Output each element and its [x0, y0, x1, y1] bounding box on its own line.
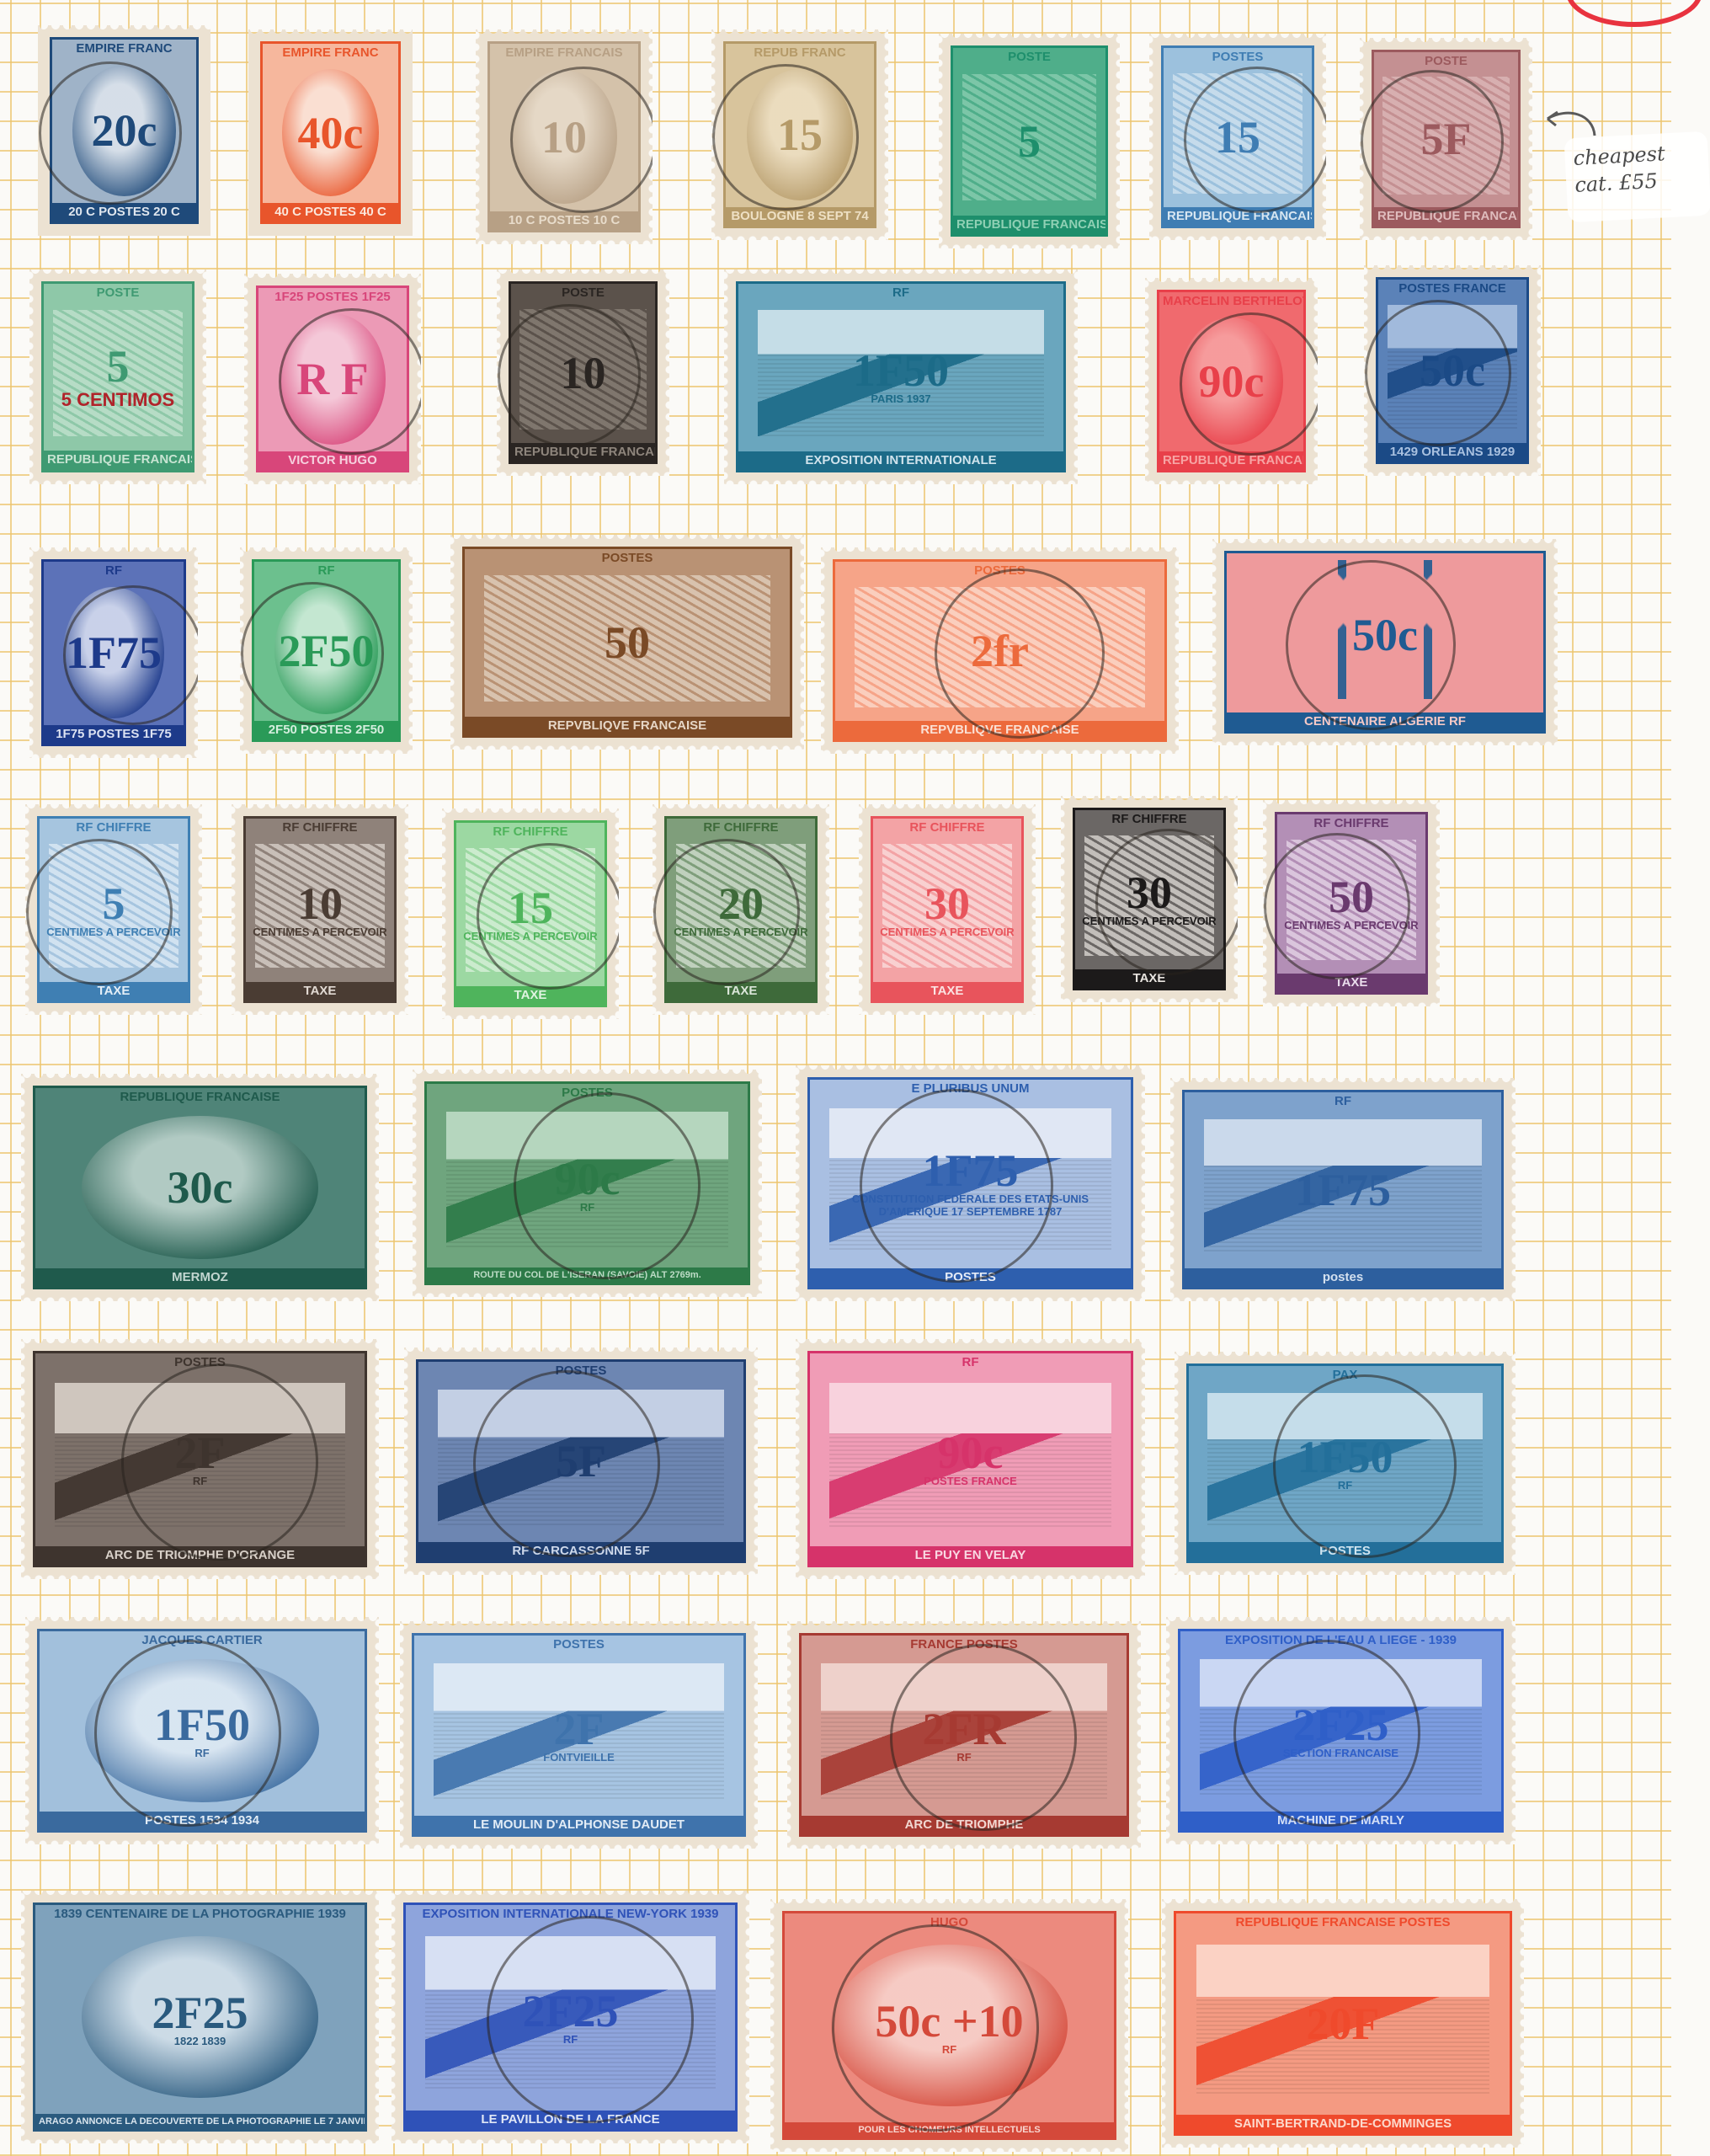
stamp-bottom-inscription: TAXE	[1075, 969, 1223, 989]
stamp: HUGO50c +10RFPOUR LES CHOMEURS INTELLECT…	[770, 1899, 1128, 2152]
stamp-design: POSTES2FRFARC DE TRIOMPHE D'ORANGE	[33, 1351, 367, 1567]
note-line-2: cat. £55	[1574, 165, 1702, 199]
stamp-denomination: 10	[561, 350, 606, 396]
stamp-design: RF1F50PARIS 1937EXPOSITION INTERNATIONAL…	[736, 281, 1066, 472]
stamp-top-inscription: POSTES FRANCE	[1378, 280, 1526, 299]
stamp: RF1F751F75 POSTES 1F75	[29, 547, 198, 758]
stamp-center: 15	[777, 112, 823, 157]
stamp-bottom-inscription: 10 C POSTES 10 C	[490, 211, 638, 231]
stamp-center: 20c	[92, 108, 157, 153]
stamp-center: 50	[605, 620, 650, 665]
stamp-design: EXPOSITION INTERNATIONALE NEW-YORK 19392…	[403, 1903, 738, 2132]
stamp-top-inscription: RF	[254, 562, 398, 581]
stamp-denomination: 50c	[1420, 348, 1485, 393]
stamp: POSTES2frREPVBLIQVE FRANCAISE	[821, 547, 1179, 754]
stamp-denomination: 15	[1215, 115, 1260, 160]
stamp-denomination: 2fr	[971, 628, 1029, 674]
stamp-center: 90cRF	[555, 1156, 621, 1214]
stamp: RF90cPOSTES FRANCELE PUY EN VELAY	[796, 1339, 1145, 1579]
stamp: EXPOSITION DE L'EAU A LIEGE - 19392F25SE…	[1166, 1617, 1516, 1844]
stamp-design: POSTES5FRF CARCASSONNE 5F	[416, 1359, 746, 1563]
stamp-design: MARCELIN BERTHELOT90cREPUBLIQUE FRANCAIS…	[1157, 290, 1306, 472]
stamp-bottom-inscription: 20 C POSTES 20 C	[52, 203, 196, 222]
stamp-bottom-inscription: MACHINE DE MARLY	[1180, 1812, 1501, 1831]
stamp-bottom-inscription: EXPOSITION INTERNATIONALE	[738, 451, 1063, 471]
stamp-overprint: 5 CENTIMOS	[61, 389, 174, 410]
stamp-denomination: 30	[924, 881, 970, 926]
stamp-denomination: 30c	[168, 1165, 233, 1210]
stamp-design: REPUBLIQUE FRANCAISE POSTES20FSAINT-BERT…	[1174, 1911, 1512, 2136]
stamp-design: POSTES FRANCE50c1429 ORLEANS 1929	[1376, 277, 1529, 464]
stamp: RF1F50PARIS 1937EXPOSITION INTERNATIONAL…	[724, 269, 1078, 484]
stamp-center: 15	[1215, 115, 1260, 160]
stamp-design: POSTES90cRFROUTE DU COL DE L'ISERAN (SAV…	[424, 1081, 750, 1285]
stamp-bottom-inscription: REPUBLIQUE FRANCAISE	[1374, 207, 1518, 227]
stamp-top-inscription: RF CHIFFRE	[40, 819, 188, 838]
stamp-bottom-inscription: MERMOZ	[35, 1268, 365, 1288]
stamp: EMPIRE FRANC20c20 C POSTES 20 C	[38, 25, 210, 236]
stamp-design: POSTE10REPUBLIQUE FRANCAISE	[509, 281, 658, 464]
stamp-top-inscription: POSTE	[953, 48, 1105, 67]
stamp-design: EMPIRE FRANC40c40 C POSTES 40 C	[260, 41, 401, 224]
stamp-top-inscription: RF CHIFFRE	[1075, 810, 1223, 830]
stamp-bottom-inscription: LE MOULIN D'ALPHONSE DAUDET	[414, 1816, 743, 1835]
stamp-denomination: 2F50	[279, 628, 375, 674]
stamp-denomination: 2F25	[1292, 1702, 1388, 1748]
stamp-bottom-inscription: BOULOGNE 8 SEPT 74	[726, 207, 874, 227]
stamp-design: EMPIRE FRANCAIS1010 C POSTES 10 C	[487, 41, 641, 232]
stamp-center: 1F75	[66, 630, 162, 675]
stamp: REPUBLIQUE FRANCAISE POSTES20FSAINT-BERT…	[1162, 1899, 1524, 2148]
stamp-center: 2F25SECTION FRANCAISE	[1283, 1702, 1398, 1760]
stamp: E PLURIBUS UNUM1F75CONSTITUTION FEDERALE…	[796, 1065, 1145, 1301]
stamp-center: 30c	[168, 1165, 233, 1210]
stamp: REPUB FRANC15BOULOGNE 8 SEPT 74	[711, 29, 888, 240]
stamp-center: 5F	[1421, 116, 1472, 162]
stamp-bottom-inscription: LE PAVILLON DE LA FRANCE	[406, 2111, 735, 2130]
stamp-design: REPUB FRANC15BOULOGNE 8 SEPT 74	[723, 41, 876, 228]
stamp-bottom-inscription: 1F75 POSTES 1F75	[44, 725, 184, 744]
stamp: POSTES5FRF CARCASSONNE 5F	[404, 1347, 758, 1575]
stamp: RF CHIFFRE5CENTIMES A PERCEVOIRTAXE	[25, 804, 202, 1015]
stamp-bottom-inscription: REPUBLIQUE FRANCAISE	[44, 451, 192, 470]
stamp-design: RF CHIFFRE50CENTIMES A PERCEVOIRTAXE	[1275, 812, 1428, 995]
stamp: POSTES15REPUBLIQUE FRANCAISE	[1149, 34, 1326, 240]
stamp-denomination: 5	[102, 881, 125, 926]
stamp-center: 40c	[298, 110, 364, 156]
stamp: POSTES50REPVBLIQVE FRANCAISE	[450, 535, 804, 750]
stamp-top-inscription: POSTES	[35, 1353, 365, 1373]
stamp-design: RF2F502F50 POSTES 2F50	[252, 559, 401, 742]
stamp: 1F25 POSTES 1F25R FVICTOR HUGO	[244, 274, 421, 484]
stamp-bottom-inscription: POSTES	[810, 1268, 1131, 1288]
stamp-design: RF CHIFFRE5CENTIMES A PERCEVOIRTAXE	[37, 816, 190, 1003]
stamp-center: 1F50RF	[1297, 1434, 1393, 1492]
stamp-top-inscription: EMPIRE FRANCAIS	[490, 44, 638, 63]
stamp-design: POSTES2FFONTVIEILLELE MOULIN D'ALPHONSE …	[412, 1633, 746, 1837]
stamp-top-inscription: EXPOSITION DE L'EAU A LIEGE - 1939	[1180, 1631, 1501, 1651]
stamp-denomination: 1F50	[853, 348, 949, 393]
stamp-denomination: 15	[777, 112, 823, 157]
stamp-top-inscription: RF CHIFFRE	[456, 823, 605, 842]
stamp-top-inscription: POSTE	[44, 284, 192, 303]
stamp-denomination: 1F50	[154, 1702, 250, 1748]
stamp-center: 55 CENTIMOS	[61, 344, 174, 410]
stamp-top-inscription: MARCELIN BERTHELOT	[1159, 292, 1303, 312]
stamp: RF2F502F50 POSTES 2F50	[240, 547, 413, 754]
stamp: RF CHIFFRE30CENTIMES A PERCEVOIRTAXE	[1061, 796, 1238, 1002]
stamp-center: 50CENTIMES A PERCEVOIR	[1284, 874, 1418, 932]
stamp-center: 2FFONTVIEILLE	[543, 1706, 615, 1764]
stamp-denomination: 90c	[938, 1430, 1004, 1476]
stamp-denomination: 1F75	[1295, 1167, 1391, 1213]
stamp-bottom-inscription: POSTES	[1189, 1542, 1501, 1561]
stamp-bottom-inscription: TAXE	[667, 982, 815, 1001]
stamp: RF CHIFFRE10CENTIMES A PERCEVOIRTAXE	[232, 804, 408, 1015]
stamp-center: 2F251822 1839	[152, 1990, 248, 2048]
stamp-top-inscription: POSTES	[835, 562, 1164, 581]
stamp-top-inscription: POSTE	[1374, 52, 1518, 72]
stamp-center: 2F25RF	[523, 1988, 619, 2047]
stamp-center: 15CENTIMES A PERCEVOIR	[463, 885, 597, 943]
stamp-denomination: 20F	[1307, 2001, 1380, 2047]
stamp-bottom-inscription: TAXE	[1277, 974, 1425, 993]
stamp-design: POSTES2frREPVBLIQVE FRANCAISE	[833, 559, 1167, 742]
stamp-bottom-inscription: ROUTE DU COL DE L'ISERAN (SAVOIE) ALT 27…	[427, 1267, 748, 1283]
stamp-top-inscription: REPUBLIQUE FRANCAISE POSTES	[1176, 1913, 1510, 1933]
stamp-bottom-inscription: LE PUY EN VELAY	[810, 1546, 1131, 1566]
stamp: JACQUES CARTIER1F50RFPOSTES 1534 1934	[25, 1617, 379, 1844]
pencil-note: cheapest cat. £55	[1564, 131, 1710, 223]
stamp-top-inscription: POSTES	[418, 1362, 743, 1381]
stamp-design: REPUBLIQUE FRANCAISE30cMERMOZ	[33, 1086, 367, 1289]
stamp-denomination: 40c	[298, 110, 364, 156]
stamp-bottom-inscription: REPVBLIQVE FRANCAISE	[835, 721, 1164, 740]
stamp-denomination: 90c	[1199, 359, 1265, 404]
stamp-top-inscription: POSTES	[1164, 48, 1312, 67]
stamp-top-inscription: RF	[1185, 1092, 1501, 1112]
stamp-denomination: 30	[1127, 870, 1172, 915]
stamp-design: RF CHIFFRE30CENTIMES A PERCEVOIRTAXE	[871, 816, 1024, 1003]
stamp-design: POSTES15REPUBLIQUE FRANCAISE	[1161, 45, 1314, 228]
stamp-design: POSTE5REPUBLIQUE FRANCAISE	[951, 45, 1108, 237]
stamp: 50cCENTENAIRE ALGERIE RF	[1212, 539, 1558, 745]
stamp-center: 50c	[1352, 612, 1418, 658]
stamp-design: E PLURIBUS UNUM1F75CONSTITUTION FEDERALE…	[807, 1077, 1133, 1289]
stamp-bottom-inscription: TAXE	[246, 982, 394, 1001]
stamp-center: 20CENTIMES A PERCEVOIR	[674, 881, 807, 939]
stamp-top-inscription: RF CHIFFRE	[667, 819, 815, 838]
stamp-denomination: 10	[541, 115, 587, 160]
stamp-bottom-inscription: POUR LES CHOMEURS INTELLECTUELS	[785, 2122, 1114, 2137]
stamp-bottom-inscription: POSTES 1534 1934	[40, 1812, 365, 1831]
stamp-bottom-inscription: 2F50 POSTES 2F50	[254, 721, 398, 740]
stamp-bottom-inscription: RF CARCASSONNE 5F	[418, 1542, 743, 1561]
stamp-denomination: 50	[605, 620, 650, 665]
stamp-bottom-inscription: REPUBLIQUE FRANCAISE	[1159, 451, 1303, 471]
stamp: PAX1F50RFPOSTES	[1175, 1352, 1516, 1575]
stamp-denomination: 5	[107, 344, 130, 389]
stamp-denomination: 50c	[1352, 612, 1418, 658]
stamp-denomination: 15	[508, 885, 553, 931]
stamp-design: RF CHIFFRE10CENTIMES A PERCEVOIRTAXE	[243, 816, 397, 1003]
stamp-top-inscription: 1F25 POSTES 1F25	[258, 288, 407, 307]
stamp-center: 1F75	[1295, 1167, 1391, 1213]
stamp-top-inscription: RF CHIFFRE	[246, 819, 394, 838]
stamp-bottom-inscription: ARC DE TRIOMPHE D'ORANGE	[35, 1546, 365, 1566]
stamp-denomination: 1F75	[923, 1148, 1019, 1193]
stamp-center: 1F50RF	[154, 1702, 250, 1760]
stamp: RF CHIFFRE50CENTIMES A PERCEVOIRTAXE	[1263, 800, 1440, 1006]
stamp-top-inscription: EXPOSITION INTERNATIONALE NEW-YORK 1939	[406, 1905, 735, 1924]
stamp-design: RF90cPOSTES FRANCELE PUY EN VELAY	[807, 1351, 1133, 1567]
stamp-bottom-inscription: 40 C POSTES 40 C	[263, 203, 398, 222]
stamp: EMPIRE FRANCAIS1010 C POSTES 10 C	[476, 29, 653, 244]
stamp-design: POSTE5FREPUBLIQUE FRANCAISE	[1372, 50, 1521, 228]
stamp-center: 50c	[1420, 348, 1485, 393]
stamp-center: 30CENTIMES A PERCEVOIR	[880, 881, 1014, 939]
stamp-denomination: 2F25	[152, 1990, 248, 2036]
stamp-bottom-inscription: REPUBLIQUE FRANCAISE	[1164, 207, 1312, 227]
stamp-center: R F	[296, 356, 368, 402]
stamp-bottom-inscription: REPUBLIQUE FRANCAISE	[511, 443, 655, 462]
stamp-design: RF CHIFFRE30CENTIMES A PERCEVOIRTAXE	[1073, 808, 1226, 990]
stamp-denomination: 20	[718, 881, 764, 926]
stamp: POSTES FRANCE50c1429 ORLEANS 1929	[1364, 265, 1541, 476]
stamp: POSTE5REPUBLIQUE FRANCAISE	[939, 34, 1120, 248]
stamp: POSTE5FREPUBLIQUE FRANCAISE	[1360, 38, 1532, 240]
stamp-top-inscription: PAX	[1189, 1366, 1501, 1385]
stamp-design: FRANCE POSTES2FRRFARC DE TRIOMPHE	[799, 1633, 1129, 1837]
stamp-denomination: 2F	[175, 1430, 226, 1476]
stamp: MARCELIN BERTHELOT90cREPUBLIQUE FRANCAIS…	[1145, 278, 1318, 484]
stamp-center: 1F75CONSTITUTION FEDERALE DES ETATS-UNIS…	[817, 1148, 1124, 1219]
stamp-bottom-inscription: TAXE	[873, 982, 1021, 1001]
stamp: RF1F75postes	[1170, 1078, 1516, 1301]
stamp-top-inscription: E PLURIBUS UNUM	[810, 1080, 1131, 1099]
stamp: 1839 CENTENAIRE DE LA PHOTOGRAPHIE 19392…	[21, 1891, 379, 2143]
stamp-design: RF1F751F75 POSTES 1F75	[41, 559, 186, 746]
stamp-denomination: 1F50	[1297, 1434, 1393, 1480]
stamp-top-inscription: EMPIRE FRANC	[263, 44, 398, 63]
stamp-denomination: 5F	[556, 1438, 606, 1484]
stamp-denomination: 2F	[554, 1706, 605, 1752]
stamp: EMPIRE FRANC40c40 C POSTES 40 C	[248, 29, 413, 236]
stamp: POSTES90cRFROUTE DU COL DE L'ISERAN (SAV…	[413, 1070, 762, 1297]
stamp-top-inscription: HUGO	[785, 1913, 1114, 1933]
stamp-top-inscription: RF	[738, 284, 1063, 303]
stamp: RF CHIFFRE20CENTIMES A PERCEVOIRTAXE	[653, 804, 829, 1015]
album-page: EMPIRE FRANC20c20 C POSTES 20 CEMPIRE FR…	[0, 0, 1710, 2156]
stamp: FRANCE POSTES2FRRFARC DE TRIOMPHE	[787, 1621, 1141, 1849]
stamp: RF CHIFFRE30CENTIMES A PERCEVOIRTAXE	[859, 804, 1036, 1015]
stamp-center: 50c +10RF	[875, 1999, 1023, 2057]
stamp: POSTES2FRFARC DE TRIOMPHE D'ORANGE	[21, 1339, 379, 1579]
stamp-denomination: 10	[297, 881, 343, 926]
stamp-center: 2FRRF	[923, 1706, 1006, 1764]
stamp-denomination: 50c +10	[875, 1999, 1023, 2044]
stamp: RF CHIFFRE15CENTIMES A PERCEVOIRTAXE	[442, 808, 619, 1019]
stamp-bottom-inscription: TAXE	[40, 982, 188, 1001]
stamp-center: 2FRF	[175, 1430, 226, 1488]
stamp-design: 1839 CENTENAIRE DE LA PHOTOGRAPHIE 19392…	[33, 1903, 367, 2132]
stamp-center: 30CENTIMES A PERCEVOIR	[1082, 870, 1216, 928]
stamp-bottom-inscription: TAXE	[456, 986, 605, 1006]
stamp-bottom-inscription: 1429 ORLEANS 1929	[1378, 443, 1526, 462]
stamp-top-inscription: RF CHIFFRE	[873, 819, 1021, 838]
stamp-bottom-inscription: SAINT-BERTRAND-DE-COMMINGES	[1176, 2115, 1510, 2134]
stamp-design: PAX1F50RFPOSTES	[1186, 1364, 1504, 1563]
stamp-top-inscription: FRANCE POSTES	[802, 1636, 1127, 1655]
stamp-bottom-inscription: ARAGO ANNONCE LA DECOUVERTE DE LA PHOTOG…	[35, 2114, 365, 2129]
stamp-bottom-inscription: REPUBLIQUE FRANCAISE	[953, 216, 1105, 235]
stamp-denomination: 2F25	[523, 1988, 619, 2034]
stamp-denomination: 50	[1329, 874, 1374, 920]
stamp-top-inscription: POSTE	[511, 284, 655, 303]
stamp-bottom-inscription: CENTENAIRE ALGERIE RF	[1227, 712, 1543, 732]
stamp-design: 1F25 POSTES 1F25R FVICTOR HUGO	[256, 286, 409, 472]
stamp-design: POSTES50REPVBLIQVE FRANCAISE	[462, 547, 792, 738]
stamp-design: RF CHIFFRE20CENTIMES A PERCEVOIRTAXE	[664, 816, 818, 1003]
stamp-bottom-inscription: postes	[1185, 1268, 1501, 1288]
stamp-center: 90cPOSTES FRANCE	[924, 1430, 1017, 1488]
stamp-top-inscription: REPUB FRANC	[726, 44, 874, 63]
stamp-center: 10	[541, 115, 587, 160]
stamp-center: 2F50	[279, 628, 375, 674]
stamp-top-inscription: POSTES	[427, 1084, 748, 1103]
stamp-center: 5CENTIMES A PERCEVOIR	[46, 881, 180, 939]
stamp: POSTE10REPUBLIQUE FRANCAISE	[497, 269, 669, 476]
stamp-design: EXPOSITION DE L'EAU A LIEGE - 19392F25SE…	[1178, 1629, 1504, 1833]
stamp-center: 10CENTIMES A PERCEVOIR	[253, 881, 386, 939]
stamp-center: 90c	[1199, 359, 1265, 404]
arrow-icon	[1542, 105, 1601, 139]
stamp-top-inscription: REPUBLIQUE FRANCAISE	[35, 1088, 365, 1107]
stamp-top-inscription: 1839 CENTENAIRE DE LA PHOTOGRAPHIE 1939	[35, 1905, 365, 1924]
stamp-top-inscription: POSTES	[465, 549, 790, 568]
stamp-bottom-inscription: ARC DE TRIOMPHE	[802, 1816, 1127, 1835]
stamp-center: 1F50PARIS 1937	[853, 348, 949, 406]
stamp-label: CONSTITUTION FEDERALE DES ETATS-UNIS D'A…	[817, 1193, 1124, 1219]
stamp-top-inscription: RF	[810, 1353, 1131, 1373]
stamp-denomination: 20c	[92, 108, 157, 153]
stamp-center: 5	[1018, 119, 1041, 164]
stamp: EXPOSITION INTERNATIONALE NEW-YORK 19392…	[392, 1891, 749, 2143]
stamp-top-inscription	[1227, 553, 1543, 558]
stamp-top-inscription: JACQUES CARTIER	[40, 1631, 365, 1651]
stamp-denomination: R F	[296, 356, 368, 402]
stamp-denomination: 5	[1018, 119, 1041, 164]
stamp-top-inscription: POSTES	[414, 1636, 743, 1655]
stamp-design: EMPIRE FRANC20c20 C POSTES 20 C	[50, 37, 199, 224]
stamp-design: 50cCENTENAIRE ALGERIE RF	[1224, 551, 1546, 734]
stamp-top-inscription: RF	[44, 562, 184, 581]
stamp: POSTES2FFONTVIEILLELE MOULIN D'ALPHONSE …	[400, 1621, 758, 1849]
stamp-center: 20F	[1307, 2001, 1380, 2047]
stamp-design: RF CHIFFRE15CENTIMES A PERCEVOIRTAXE	[454, 820, 607, 1007]
stamp-top-inscription: RF CHIFFRE	[1277, 814, 1425, 834]
stamp-denomination: 2FR	[923, 1706, 1006, 1752]
stamp-denomination: 5F	[1421, 116, 1472, 162]
stamp-design: POSTE55 CENTIMOSREPUBLIQUE FRANCAISE	[41, 281, 194, 472]
stamp: POSTE55 CENTIMOSREPUBLIQUE FRANCAISE	[29, 269, 206, 484]
stamp-center: 2fr	[971, 628, 1029, 674]
stamp-design: JACQUES CARTIER1F50RFPOSTES 1534 1934	[37, 1629, 367, 1833]
stamp-design: HUGO50c +10RFPOUR LES CHOMEURS INTELLECT…	[782, 1911, 1116, 2140]
stamp-center: 5F	[556, 1438, 606, 1484]
stamp-bottom-inscription: REPVBLIQVE FRANCAISE	[465, 717, 790, 736]
stamp-center: 10	[561, 350, 606, 396]
stamp-denomination: 90c	[555, 1156, 621, 1202]
stamp-bottom-inscription: VICTOR HUGO	[258, 451, 407, 471]
stamp-denomination: 1F75	[66, 630, 162, 675]
stamp-design: RF1F75postes	[1182, 1090, 1504, 1289]
stamp-top-inscription: EMPIRE FRANC	[52, 40, 196, 59]
stamp: REPUBLIQUE FRANCAISE30cMERMOZ	[21, 1074, 379, 1301]
